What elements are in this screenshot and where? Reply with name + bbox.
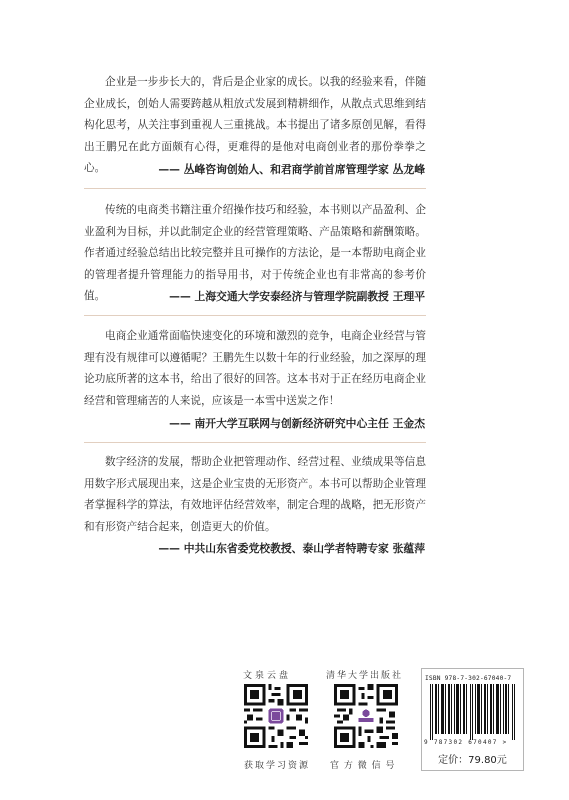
qr-code-tsinghua[interactable] <box>334 684 398 748</box>
qr-2-bottom-label: 官 方 微 信 号 <box>330 758 395 771</box>
qr-code-wenquan[interactable] <box>244 684 308 748</box>
isbn-text: ISBN 978-7-302-67040-7 <box>425 675 511 682</box>
divider-3 <box>84 442 426 443</box>
isbn-barcode: ISBN 978-7-302-67040-7 9 787302 670407 >… <box>421 668 524 771</box>
endorsement-2-attribution: —— 上海交通大学安泰经济与管理学院副教授 王理平 <box>169 289 425 304</box>
qr-1-top-label: 文泉云盘 <box>243 668 291 681</box>
divider-2 <box>84 315 426 316</box>
endorsement-3-attribution: —— 南开大学互联网与创新经济研究中心主任 王金杰 <box>169 416 425 431</box>
qr-2-top-label: 清华大学出版社 <box>326 668 403 681</box>
qr-code-icon <box>244 684 308 748</box>
price-label: 定价：79.80元 <box>422 751 523 766</box>
qr-code-icon <box>334 684 398 748</box>
qr-1-bottom-label: 获取学习资源 <box>244 758 310 771</box>
endorsement-4-text: 数字经济的发展，帮助企业把管理动作、经营过程、业绩成果等信息用数字形式展现出来，… <box>84 452 426 538</box>
endorsement-4-attribution: —— 中共山东省委党校教授、泰山学者特聘专家 张蕴萍 <box>158 541 425 556</box>
barcode-digits: 9 787302 670407 > <box>424 739 508 746</box>
endorsement-3-paragraph: 电商企业通常面临快速变化的环境和激烈的竞争，电商企业经营与管理有没有规律可以遵循… <box>84 326 426 412</box>
divider-1 <box>84 188 426 189</box>
endorsement-1-attribution: —— 丛峰咨询创始人、和君商学前首席管理学家 丛龙峰 <box>158 162 425 177</box>
barcode-icon <box>430 684 516 740</box>
endorsement-3-text: 电商企业通常面临快速变化的环境和激烈的竞争，电商企业经营与管理有没有规律可以遵循… <box>84 326 426 412</box>
endorsement-4-paragraph: 数字经济的发展，帮助企业把管理动作、经营过程、业绩成果等信息用数字形式展现出来，… <box>84 452 426 538</box>
